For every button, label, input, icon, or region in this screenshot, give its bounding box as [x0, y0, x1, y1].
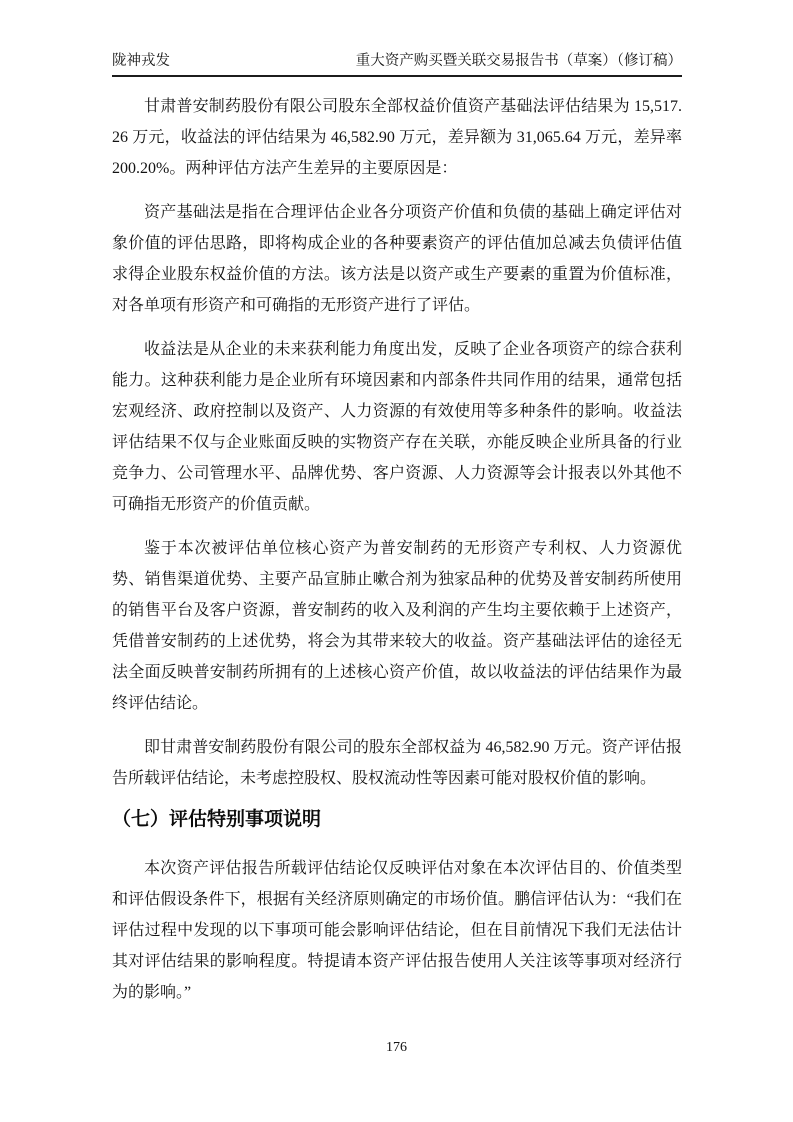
page-header: 陇神戎发 重大资产购买暨关联交易报告书（草案）（修订稿）	[112, 0, 682, 77]
paragraph-income-method: 收益法是从企业的未来获利能力角度出发，反映了企业各项资产的综合获利能力。这种获利…	[112, 334, 682, 520]
paragraph-final-conclusion: 即甘肃普安制药股份有限公司的股东全部权益为 46,582.90 万元。资产评估报…	[112, 732, 682, 794]
paragraph-special-matters-intro: 本次资产评估报告所载评估结论仅反映评估对象在本次评估目的、价值类型和评估假设条件…	[112, 853, 682, 1008]
page-footer: 176	[0, 1040, 793, 1056]
paragraph-core-assets-reasoning: 鉴于本次被评估单位核心资产为普安制药的无形资产专利权、人力资源优势、销售渠道优势…	[112, 533, 682, 719]
paragraph-asset-based-method: 资产基础法是指在合理评估企业各分项资产价值和负债的基础上确定评估对象价值的评估思…	[112, 197, 682, 321]
header-company-short-name: 陇神戎发	[112, 52, 170, 70]
section-heading-special-matters: （七）评估特别事项说明	[112, 807, 682, 833]
page-number: 176	[386, 1040, 407, 1055]
document-page: 陇神戎发 重大资产购买暨关联交易报告书（草案）（修订稿） 甘肃普安制药股份有限公…	[0, 0, 793, 1122]
header-report-title: 重大资产购买暨关联交易报告书（草案）（修订稿）	[356, 52, 682, 70]
document-body: 甘肃普安制药股份有限公司股东全部权益价值资产基础法评估结果为 15,517.26…	[112, 91, 682, 1008]
paragraph-valuation-results: 甘肃普安制药股份有限公司股东全部权益价值资产基础法评估结果为 15,517.26…	[112, 91, 682, 184]
